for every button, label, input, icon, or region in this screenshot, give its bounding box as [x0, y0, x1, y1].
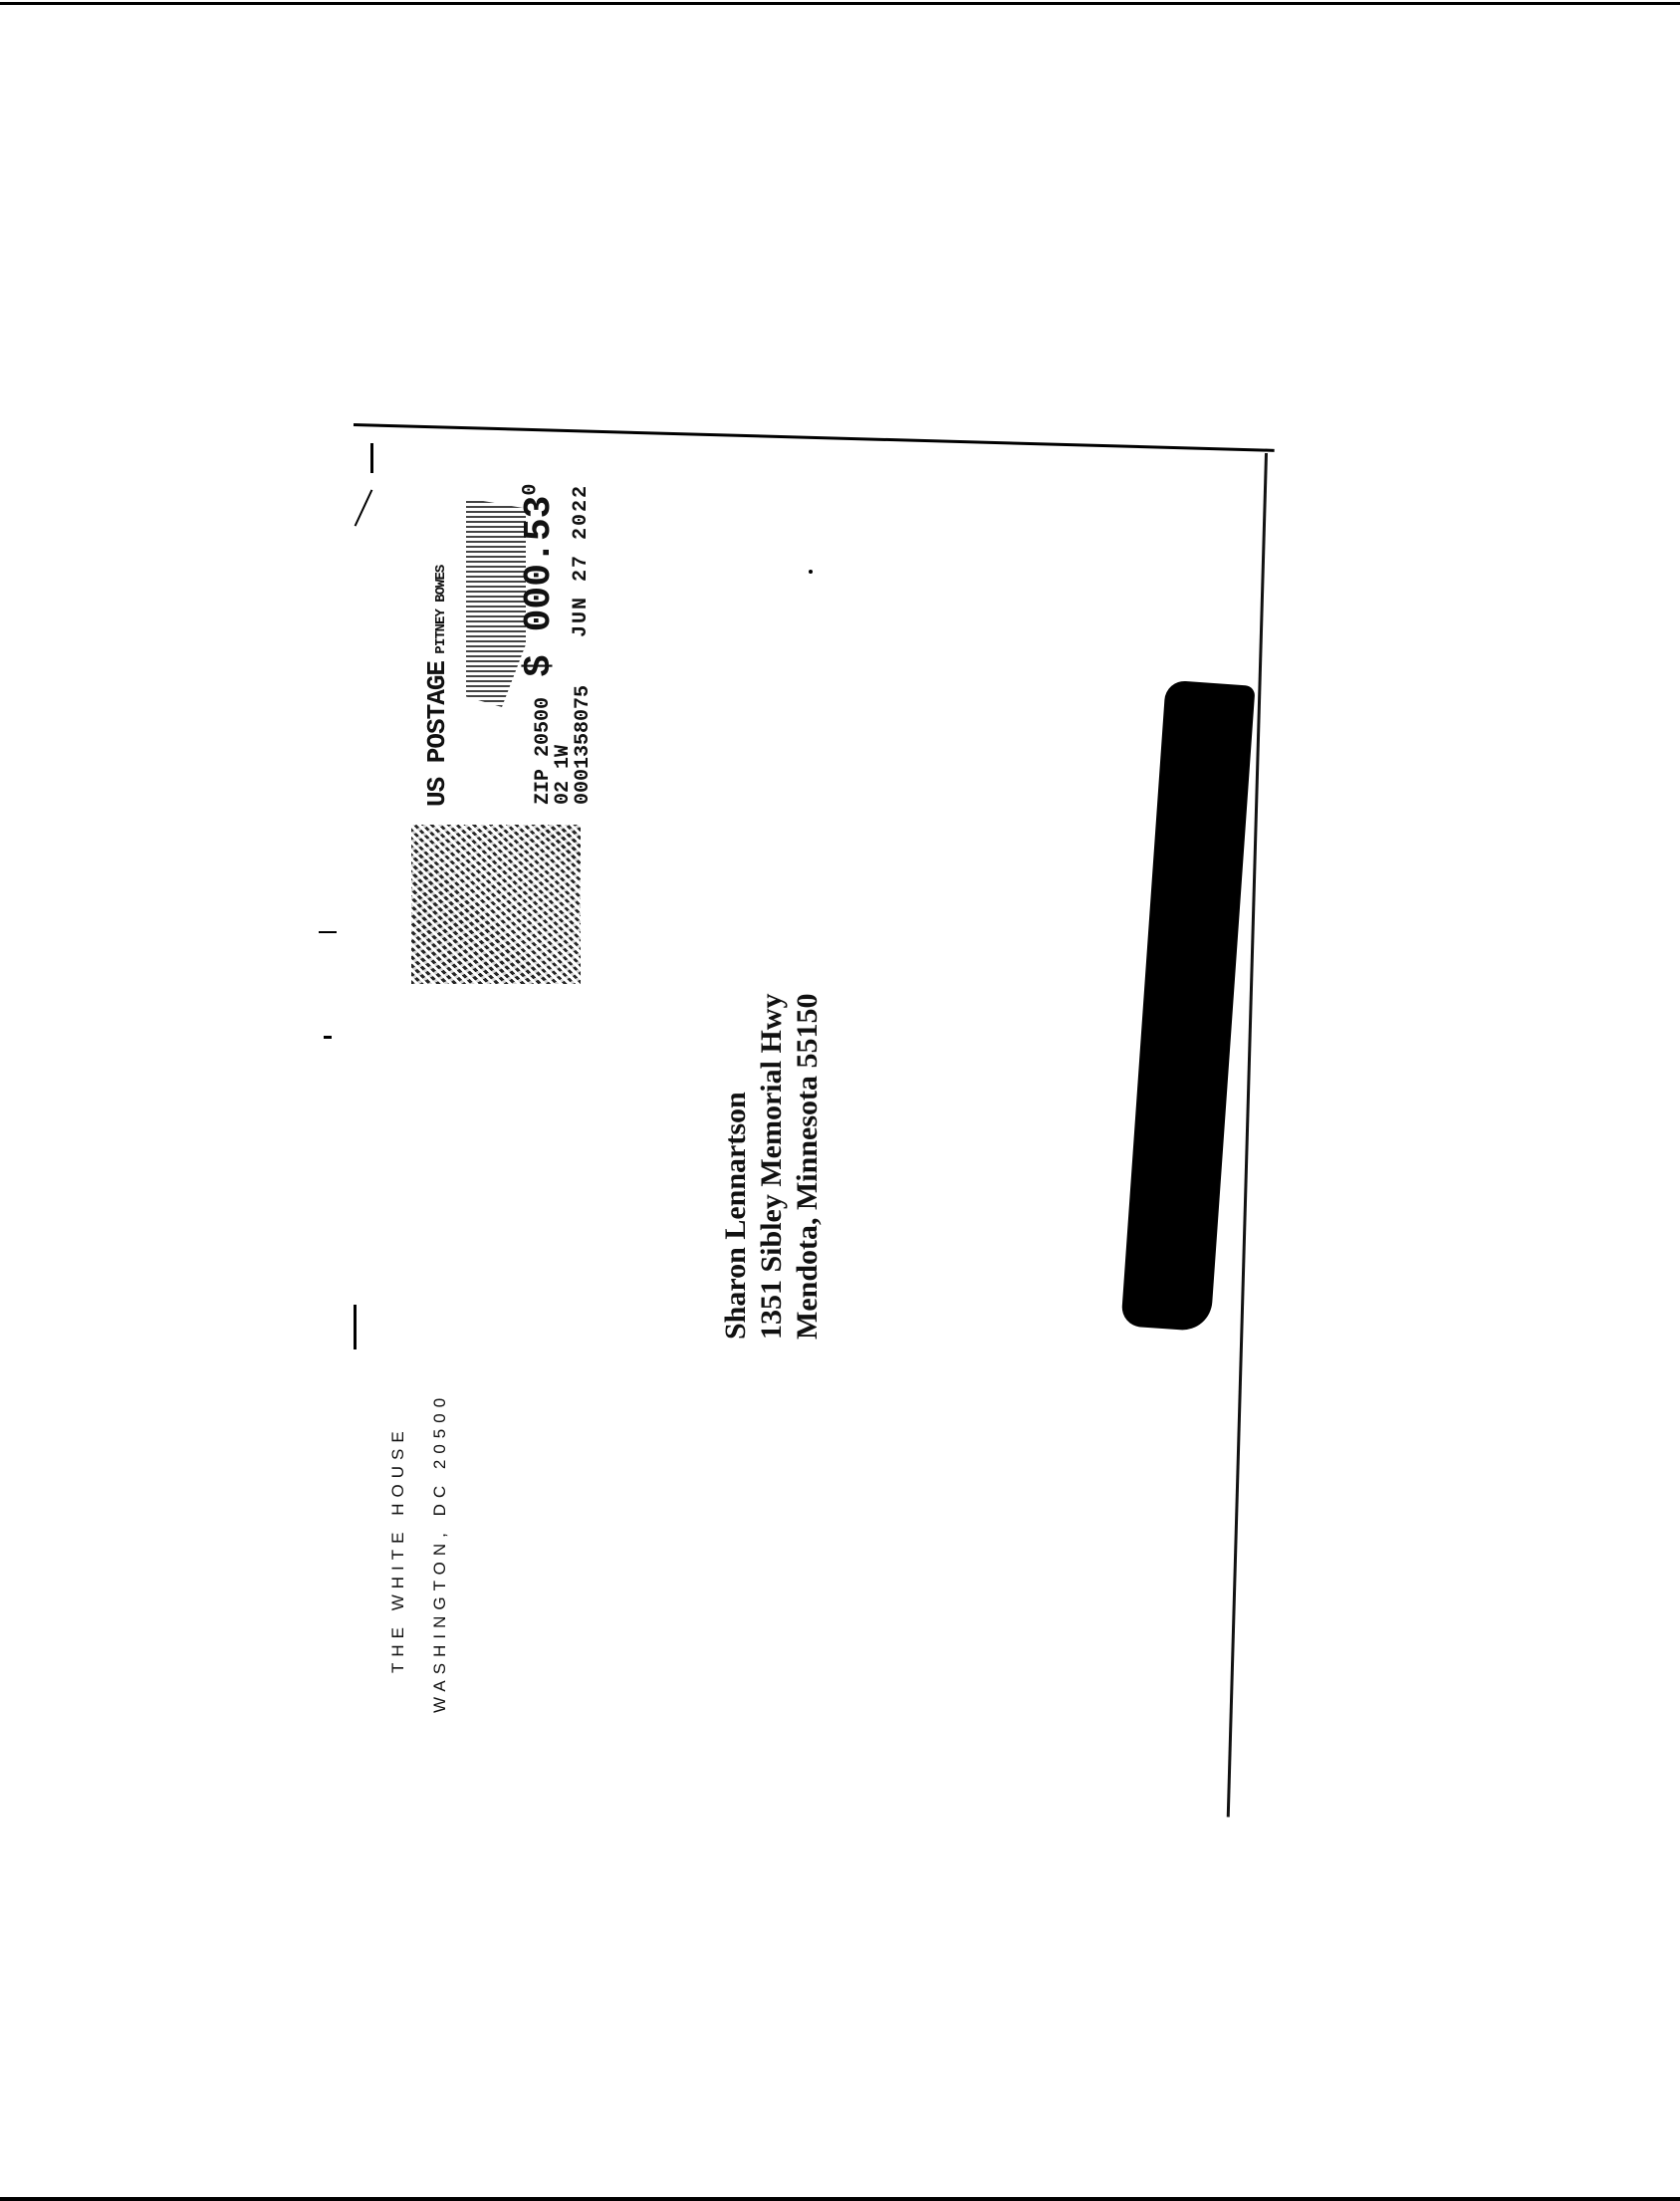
- scan-mark: [324, 1036, 332, 1039]
- postage-eagle-icon: [466, 498, 526, 707]
- scan-dot: [809, 570, 813, 574]
- postage-meter-tag: PITNEY BOWES: [433, 566, 449, 654]
- scan-mark: [370, 443, 373, 473]
- postage-date: JUN 27 2022: [570, 484, 593, 637]
- postage-title-text: US POSTAGE: [422, 661, 452, 807]
- return-address-line-1: THE WHITE HOUSE: [388, 1425, 408, 1673]
- scan-mark: [319, 931, 337, 933]
- scan-edge-top: [0, 2, 1680, 5]
- postage-title: US POSTAGE PITNEY BOWES: [422, 566, 452, 807]
- postage-amount-value: $ 000.53: [518, 496, 561, 677]
- postage-meter-number: 0001358075: [572, 685, 595, 805]
- postage-amount-sup: 0: [519, 484, 542, 496]
- envelope-top-edge: [354, 423, 1275, 452]
- postage-2d-barcode: [411, 825, 581, 984]
- redaction-mark: [1120, 680, 1255, 1333]
- scan-edge-bottom: [0, 2197, 1680, 2201]
- recipient-city-state-zip: Mendota, Minnesota 55150: [791, 994, 825, 1341]
- return-address-line-2: WASHINGTON, DC 20500: [430, 1392, 450, 1713]
- postage-amount: $ 000.530: [518, 484, 561, 677]
- recipient-name: Sharon Lennartson: [719, 1092, 753, 1340]
- scan-mark: [354, 1305, 357, 1349]
- recipient-street: 1351 Sibley Memorial Hwy: [755, 994, 789, 1340]
- scan-mark: [355, 489, 373, 526]
- envelope-right-edge: [1227, 453, 1268, 1818]
